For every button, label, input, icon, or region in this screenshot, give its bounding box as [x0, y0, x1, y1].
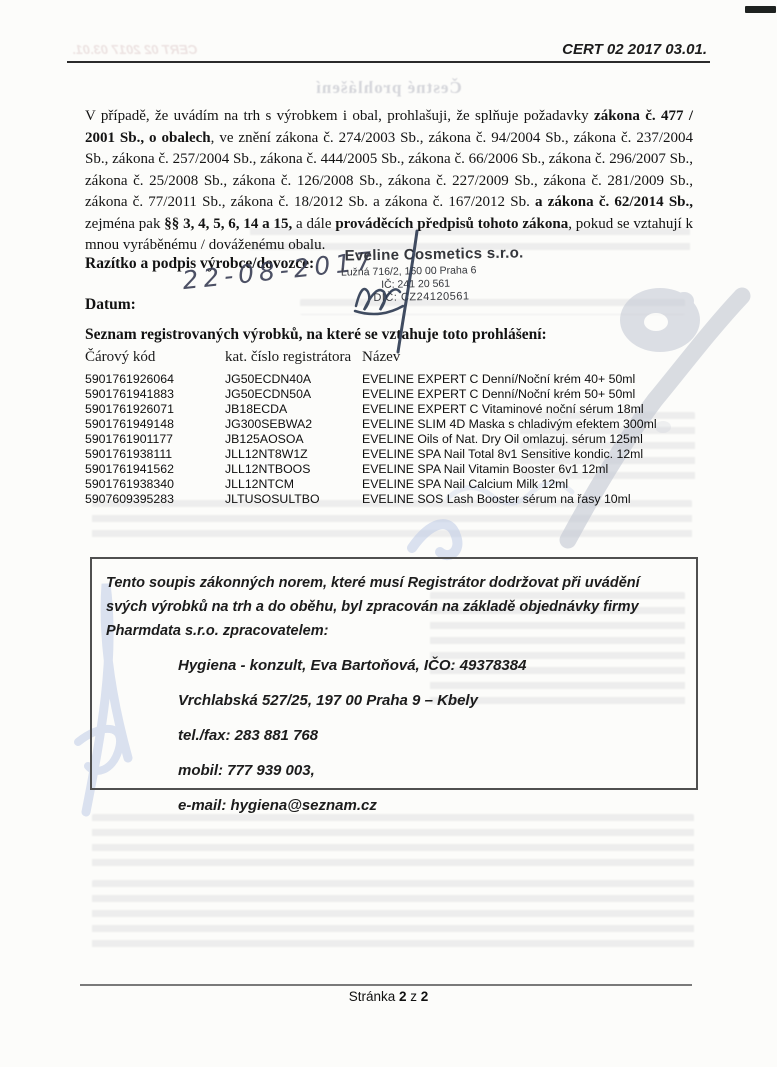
- product-name-cell: EVELINE EXPERT C Vitaminové noční sérum …: [362, 402, 697, 417]
- products-table-body: 5901761926064 JG50ECDN40A EVELINE EXPERT…: [85, 372, 697, 507]
- declaration-segment: a zákona č. 62/2014 Sb.,: [535, 194, 693, 210]
- table-row: 5901761941883 JG50ECDN50A EVELINE EXPERT…: [85, 387, 697, 402]
- barcode-cell: 5901761926071: [85, 402, 225, 417]
- reg-no-cell: JLTUSOSULTBO: [225, 492, 362, 507]
- scanned-document-page: Čestné prohlášení CERT 02 2017 03.01. C: [0, 0, 777, 1067]
- stamp-dic-number: DIČ: CZ24120561: [373, 289, 524, 305]
- footer-prefix: Stránka: [349, 989, 396, 1004]
- barcode-cell: 5901761926064: [85, 372, 225, 387]
- product-name-cell: EVELINE Oils of Nat. Dry Oil omlazuj. sé…: [362, 432, 697, 447]
- reg-no-cell: JG300SEBWA2: [225, 417, 362, 432]
- footer-separator: z: [410, 989, 417, 1004]
- info-box-intro: Tento soupis zákonných norem, které musí…: [106, 571, 684, 643]
- product-name-cell: EVELINE EXPERT C Denní/Noční krém 40+ 50…: [362, 372, 697, 387]
- declaration-paragraph: V případě, že uvádím na trh s výrobkem i…: [85, 106, 693, 257]
- table-row: 5901761938340 JLL12NTCM EVELINE SPA Nail…: [85, 477, 697, 492]
- reg-no-cell: JG50ECDN40A: [225, 372, 362, 387]
- declaration-segment: V případě, že uvádím na trh s výrobkem i…: [85, 108, 594, 124]
- column-reg-no: kat. číslo registrátora: [225, 349, 362, 366]
- reg-no-cell: JLL12NT8W1Z: [225, 447, 362, 462]
- barcode-cell: 5901761938340: [85, 477, 225, 492]
- declaration-segment: a dále: [292, 216, 335, 232]
- info-box-contact-lines: Hygiena - konzult, Eva Bartoňová, IČO: 4…: [178, 657, 682, 814]
- barcode-cell: 5901761938111: [85, 447, 225, 462]
- reg-no-cell: JG50ECDN50A: [225, 387, 362, 402]
- product-name-cell: EVELINE EXPERT C Denní/Noční krém 50+ 50…: [362, 387, 697, 402]
- contact-line: mobil: 777 939 003,: [178, 762, 682, 779]
- table-row: 5901761926071 JB18ECDA EVELINE EXPERT C …: [85, 402, 697, 417]
- scan-corner-mark: [745, 6, 776, 13]
- date-label: Datum:: [85, 296, 136, 314]
- barcode-cell: 5901761901177: [85, 432, 225, 447]
- products-table-header: Čárový kód kat. číslo registrátora Název: [85, 349, 697, 366]
- reg-no-cell: JB125AOSOA: [225, 432, 362, 447]
- table-row: 5901761926064 JG50ECDN40A EVELINE EXPERT…: [85, 372, 697, 387]
- product-name-cell: EVELINE SPA Nail Vitamin Booster 6v1 12m…: [362, 462, 697, 477]
- footer-page-total: 2: [421, 989, 429, 1004]
- contact-line: tel./fax: 283 881 768: [178, 727, 682, 744]
- contact-line: e-mail: hygiena@seznam.cz: [178, 797, 682, 814]
- header-rule: [67, 61, 710, 63]
- product-name-cell: EVELINE SPA Nail Total 8v1 Sensitive kon…: [362, 447, 697, 462]
- declaration-segment: zejména pak: [85, 216, 164, 232]
- processor-info-box: Tento soupis zákonných norem, které musí…: [90, 557, 698, 790]
- products-table: Čárový kód kat. číslo registrátora Název…: [85, 349, 697, 507]
- document-code: CERT 02 2017 03.01.: [562, 41, 707, 58]
- product-name-cell: EVELINE SLIM 4D Maska s chladivým efekte…: [362, 417, 697, 432]
- table-row: 5901761941562 JLL12NTBOOS EVELINE SPA Na…: [85, 462, 697, 477]
- table-row: 5901761901177 JB125AOSOA EVELINE Oils of…: [85, 432, 697, 447]
- reg-no-cell: JLL12NTBOOS: [225, 462, 362, 477]
- registered-products-heading: Seznam registrovaných výrobků, na které …: [85, 326, 547, 344]
- page-number-footer: Stránka 2 z 2: [0, 989, 777, 1004]
- product-name-cell: EVELINE SPA Nail Calcium Milk 12ml: [362, 477, 697, 492]
- reg-no-cell: JLL12NTCM: [225, 477, 362, 492]
- barcode-cell: 5901761941562: [85, 462, 225, 477]
- table-row: 5907609395283 JLTUSOSULTBO EVELINE SOS L…: [85, 492, 697, 507]
- contact-line: Vrchlabská 527/25, 197 00 Praha 9 – Kbel…: [178, 692, 682, 709]
- footer-page-number: 2: [399, 989, 407, 1004]
- barcode-cell: 5907609395283: [85, 492, 225, 507]
- declaration-segment: prováděcích předpisů tohoto zákona: [335, 216, 568, 232]
- barcode-cell: 5901761949148: [85, 417, 225, 432]
- table-row: 5901761938111 JLL12NT8W1Z EVELINE SPA Na…: [85, 447, 697, 462]
- declaration-segment: §§ 3, 4, 5, 6, 14 a 15,: [164, 216, 292, 232]
- table-row: 5901761949148 JG300SEBWA2 EVELINE SLIM 4…: [85, 417, 697, 432]
- barcode-cell: 5901761941883: [85, 387, 225, 402]
- column-barcode: Čárový kód: [85, 349, 225, 366]
- footer-rule: [80, 984, 692, 986]
- column-name: Název: [362, 349, 697, 366]
- reg-no-cell: JB18ECDA: [225, 402, 362, 417]
- document-content: CERT 02 2017 03.01. V případě, že uvádím…: [0, 0, 777, 1067]
- product-name-cell: EVELINE SOS Lash Booster sérum na řasy 1…: [362, 492, 697, 507]
- contact-line: Hygiena - konzult, Eva Bartoňová, IČO: 4…: [178, 657, 682, 674]
- company-stamp: Eveline Cosmetics s.r.o. Lužná 716/2, 16…: [341, 244, 525, 306]
- stamp-company-name: Eveline Cosmetics s.r.o.: [345, 244, 524, 266]
